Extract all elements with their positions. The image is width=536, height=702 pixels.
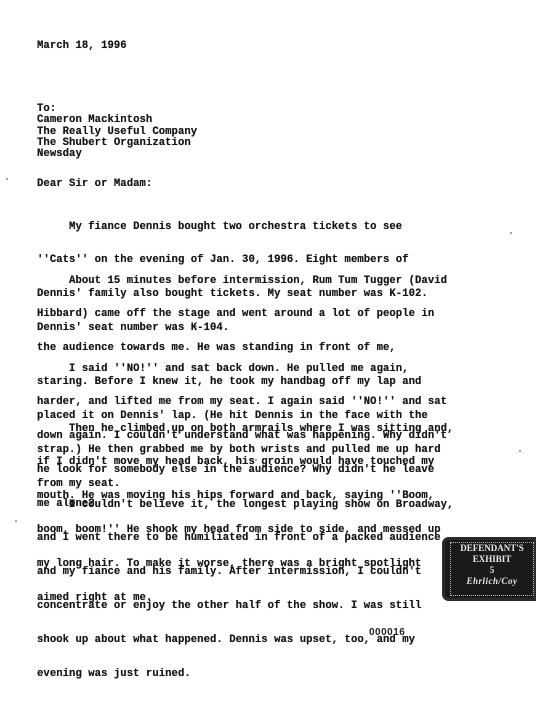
scanned-letter-page: March 18, 1996 To:Cameron MackintoshThe … <box>0 0 536 702</box>
salutation: Dear Sir or Madam: <box>37 179 152 190</box>
scan-speck <box>6 178 8 180</box>
text-line: if I didn't move my head back, his groin… <box>37 457 453 468</box>
letter-date: March 18, 1996 <box>37 41 127 52</box>
recipient: Newsday <box>37 149 197 160</box>
text-line: I couldn't believe it, the longest playi… <box>37 500 453 511</box>
text-line: About 15 minutes before intermission, Ru… <box>37 276 447 287</box>
scan-speck <box>255 459 257 461</box>
bates-number: 000016 <box>369 627 405 638</box>
exhibit-signature: Ehrlich/Coy <box>451 576 533 587</box>
recipients-block: To:Cameron MackintoshThe Really Useful C… <box>37 104 197 160</box>
text-line: and my fiance and his family. After inte… <box>37 567 453 578</box>
paragraph-aftermath: I couldn't believe it, the longest playi… <box>37 477 453 702</box>
scan-speck <box>195 325 197 327</box>
text-line: evening was just ruined. <box>37 669 453 680</box>
text-line: Then he climbed up on both armrails wher… <box>37 424 453 435</box>
scan-speck <box>15 520 17 522</box>
text-line: concentrate or enjoy the other half of t… <box>37 601 453 612</box>
text-line: I said ''NO!'' and sat back down. He pul… <box>37 364 447 375</box>
text-line: Hibbard) came off the stage and went aro… <box>37 309 447 320</box>
exhibit-number: 5 <box>451 565 533 576</box>
scan-speck <box>510 232 512 234</box>
exhibit-stamp-subtitle: EXHIBIT <box>451 554 533 565</box>
text-line: My fiance Dennis bought two orchestra ti… <box>37 222 428 233</box>
scan-speck <box>519 450 521 452</box>
recipient: Cameron Mackintosh <box>37 115 197 126</box>
exhibit-stamp-title: DEFENDANT'S <box>451 543 533 554</box>
text-line: and I went there to be humiliated in fro… <box>37 533 453 544</box>
exhibit-stamp: DEFENDANT'S EXHIBIT 5 Ehrlich/Coy <box>442 537 536 601</box>
exhibit-stamp-frame: DEFENDANT'S EXHIBIT 5 Ehrlich/Coy <box>450 542 534 596</box>
